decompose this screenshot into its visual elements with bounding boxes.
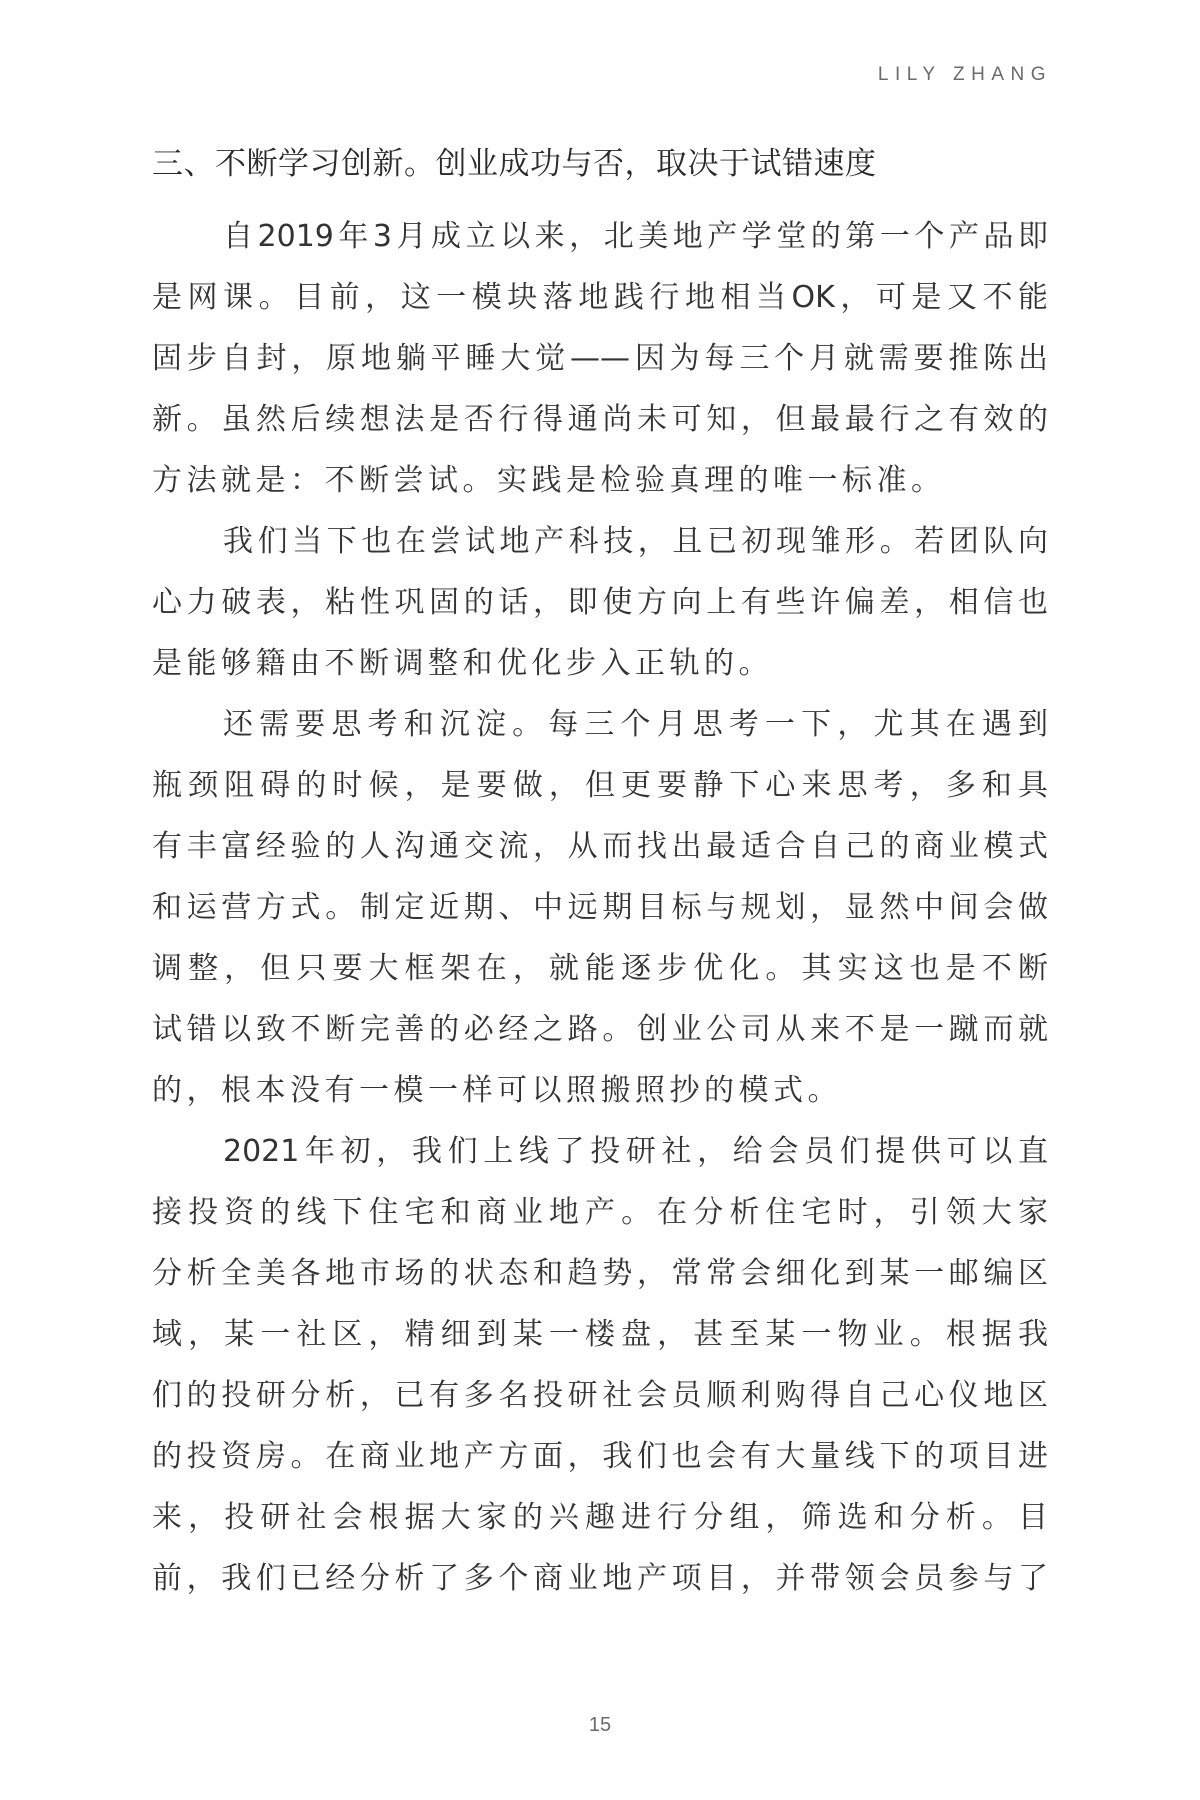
page-content: 三、不断学习创新。创业成功与否，取决于试错速度 自2019年3月成立以来，北美地… [152, 134, 1048, 1609]
text-line: 是能够籍由不断调整和优化步入正轨的。 [152, 633, 1048, 694]
text-line: 们的投研分析，已有多名投研社会员顺利购得自己心仪地区 [152, 1365, 1048, 1426]
text-line: 接投资的线下住宅和商业地产。在分析住宅时，引领大家 [152, 1182, 1048, 1243]
running-header-author: LILY ZHANG [878, 62, 1052, 88]
text-line: 固步自封，原地躺平睡大觉——因为每三个月就需要推陈出 [152, 328, 1048, 389]
text-line: 自2019年3月成立以来，北美地产学堂的第一个产品即 [152, 206, 1048, 267]
text-line: 前，我们已经分析了多个商业地产项目，并带领会员参与了 [152, 1548, 1048, 1609]
text-line: 瓶颈阻碍的时候，是要做，但更要静下心来思考，多和具 [152, 755, 1048, 816]
text-line: 方法就是：不断尝试。实践是检验真理的唯一标准。 [152, 450, 1048, 511]
text-line: 还需要思考和沉淀。每三个月思考一下，尤其在遇到 [152, 694, 1048, 755]
text-line: 是网课。目前，这一模块落地践行地相当OK，可是又不能 [152, 267, 1048, 328]
text-line: 我们当下也在尝试地产科技，且已初现雏形。若团队向 [152, 511, 1048, 572]
text-line: 的投资房。在商业地产方面，我们也会有大量线下的项目进 [152, 1426, 1048, 1487]
text-line: 心力破表，粘性巩固的话，即使方向上有些许偏差，相信也 [152, 572, 1048, 633]
paragraph-2: 我们当下也在尝试地产科技，且已初现雏形。若团队向 心力破表，粘性巩固的话，即使方… [152, 511, 1048, 694]
text-line: 试错以致不断完善的必经之路。创业公司从来不是一蹴而就 [152, 999, 1048, 1060]
text-line: 和运营方式。制定近期、中远期目标与规划，显然中间会做 [152, 877, 1048, 938]
text-line: 分析全美各地市场的状态和趋势，常常会细化到某一邮编区 [152, 1243, 1048, 1304]
text-line: 调整，但只要大框架在，就能逐步优化。其实这也是不断 [152, 938, 1048, 999]
paragraph-4: 2021年初，我们上线了投研社，给会员们提供可以直 接投资的线下住宅和商业地产。… [152, 1121, 1048, 1609]
page-number: 15 [0, 1711, 1200, 1739]
paragraph-3: 还需要思考和沉淀。每三个月思考一下，尤其在遇到 瓶颈阻碍的时候，是要做，但更要静… [152, 694, 1048, 1121]
text-line: 来，投研社会根据大家的兴趣进行分组，筛选和分析。目 [152, 1487, 1048, 1548]
text-line: 新。虽然后续想法是否行得通尚未可知，但最最行之有效的 [152, 389, 1048, 450]
paragraph-1: 自2019年3月成立以来，北美地产学堂的第一个产品即 是网课。目前，这一模块落地… [152, 206, 1048, 511]
text-line: 2021年初，我们上线了投研社，给会员们提供可以直 [152, 1121, 1048, 1182]
text-line: 的，根本没有一模一样可以照搬照抄的模式。 [152, 1060, 1048, 1121]
text-line: 有丰富经验的人沟通交流，从而找出最适合自己的商业模式 [152, 816, 1048, 877]
text-line: 域，某一社区，精细到某一楼盘，甚至某一物业。根据我 [152, 1304, 1048, 1365]
section-heading: 三、不断学习创新。创业成功与否，取决于试错速度 [152, 134, 1048, 195]
